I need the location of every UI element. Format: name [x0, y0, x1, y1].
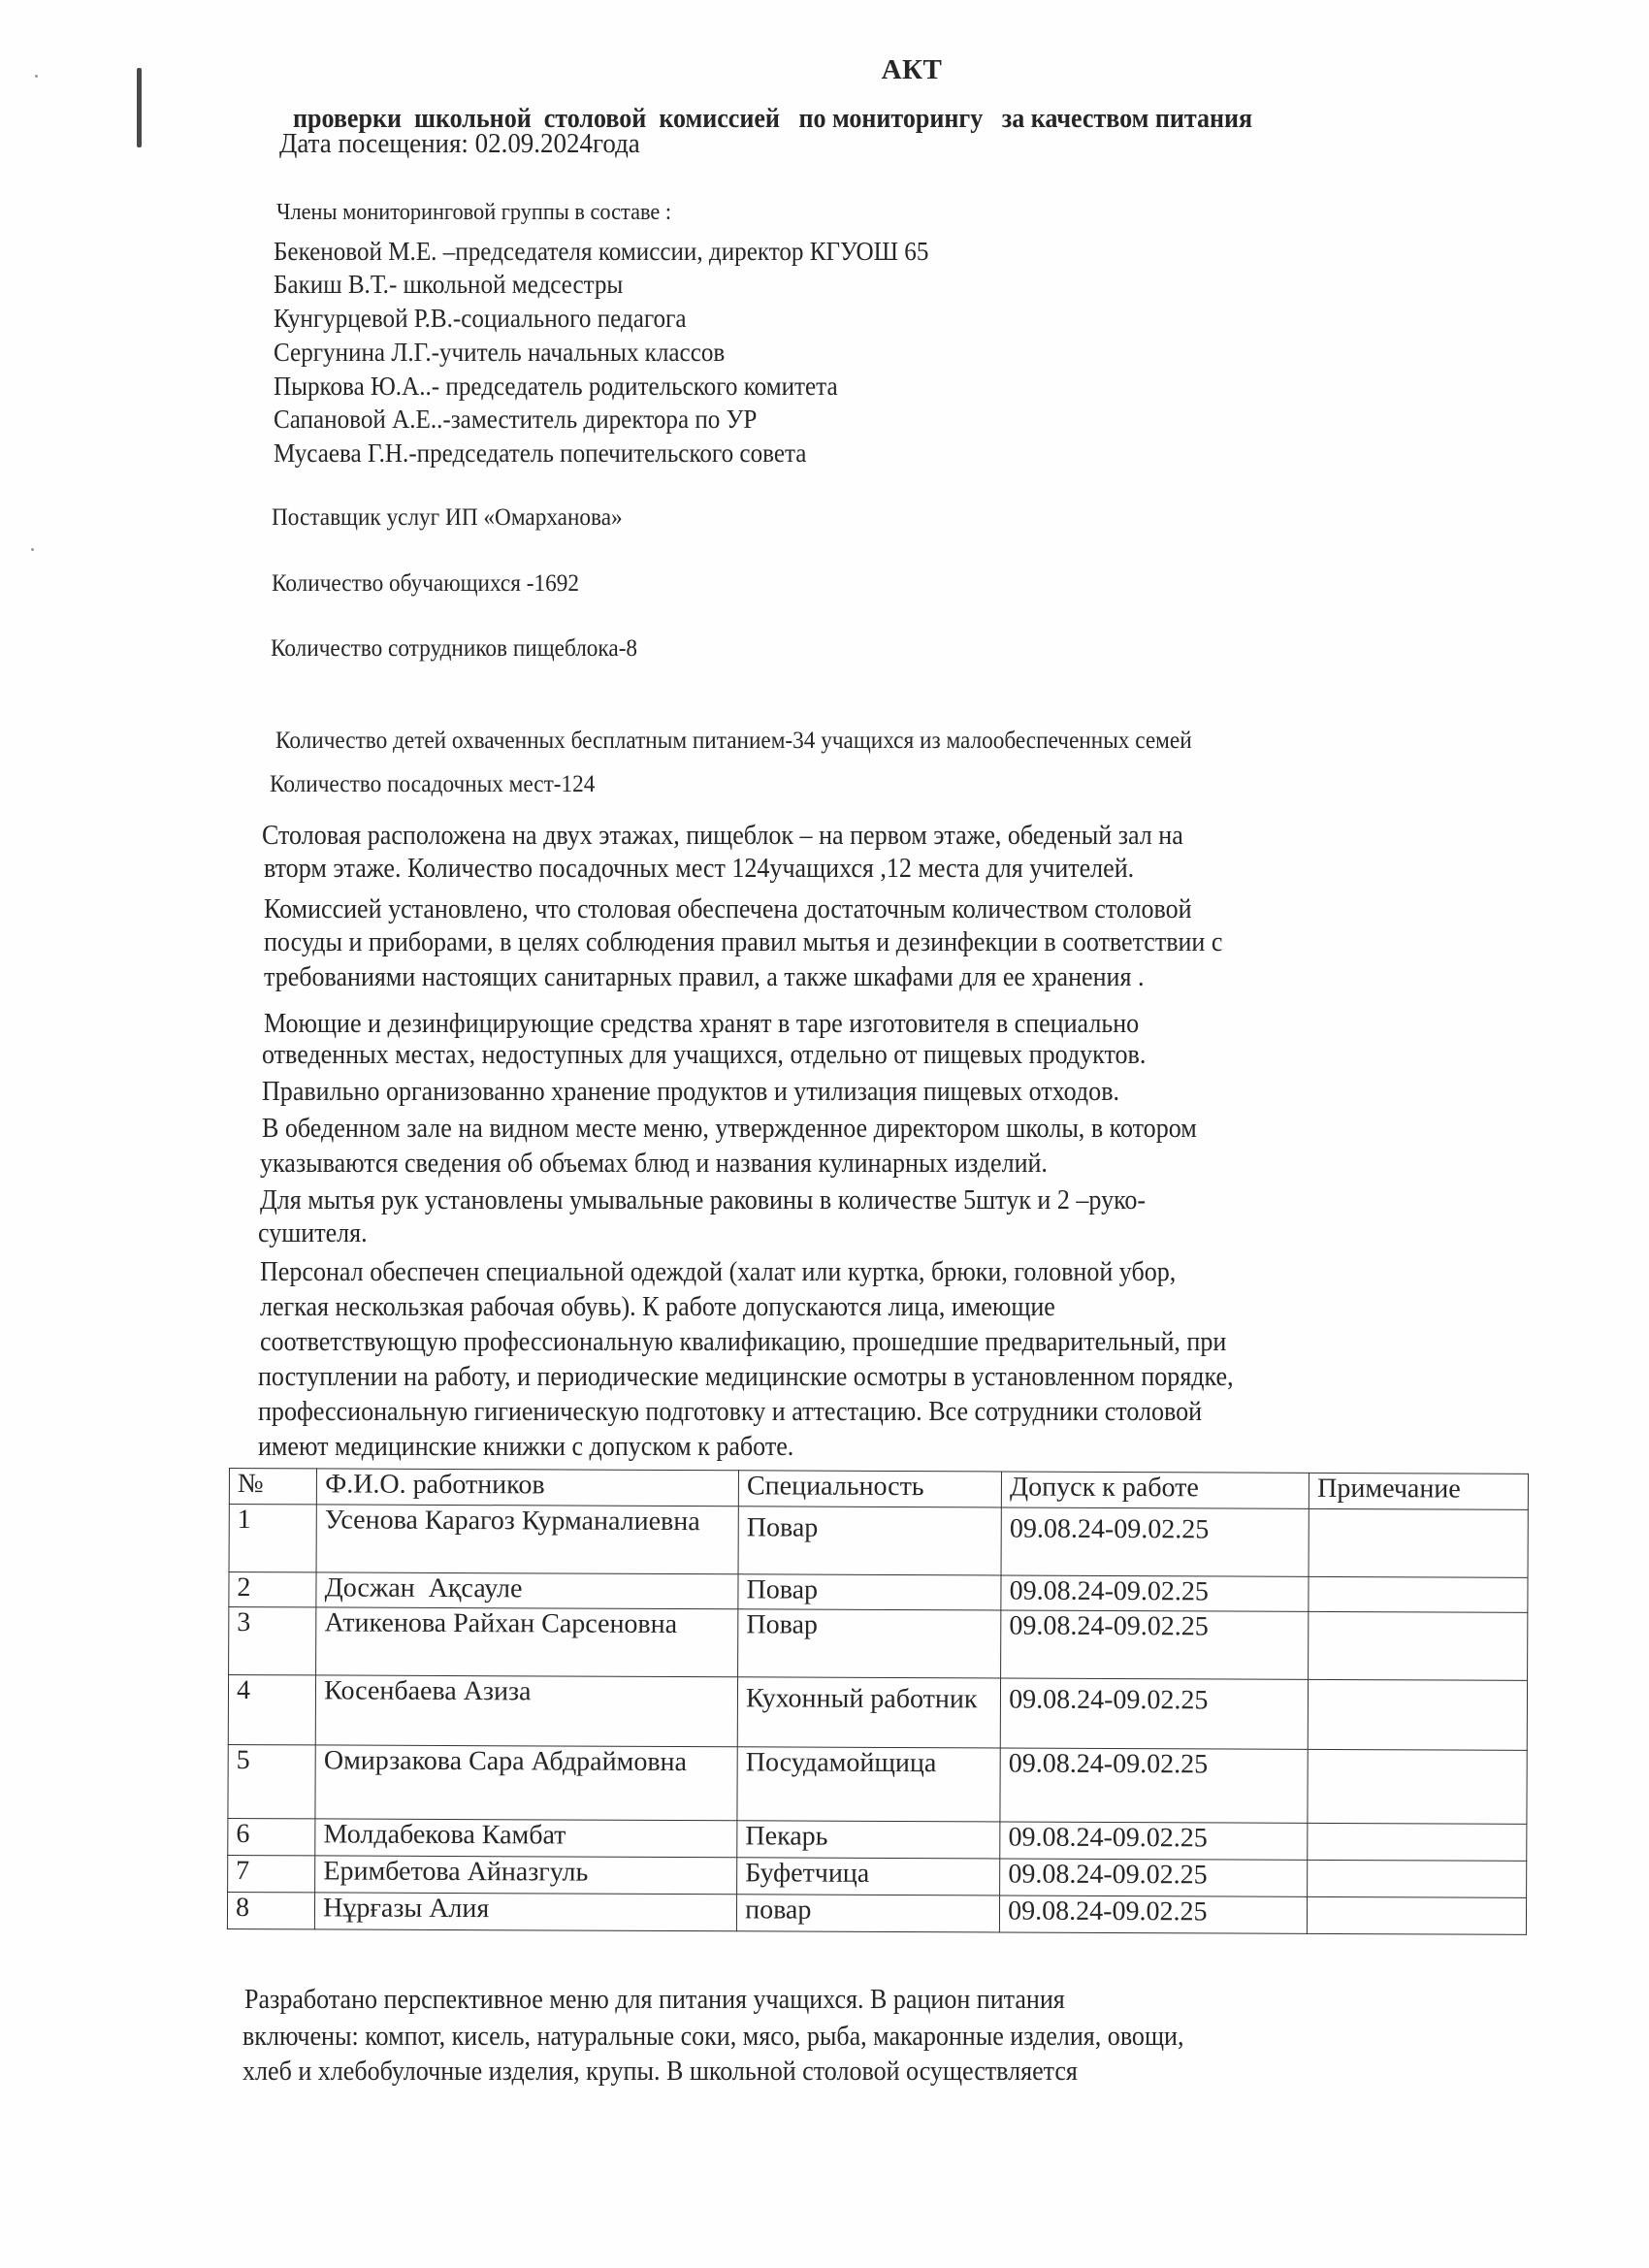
- cell-specialty: повар: [737, 1895, 1000, 1932]
- header-note: Примечание: [1309, 1473, 1529, 1509]
- member-item: Сергунина Л.Г.-учитель начальных классов: [274, 338, 725, 368]
- closing-line: Разработано перспективное меню для питан…: [244, 1985, 1065, 2016]
- free-meals: Количество детей охваченных бесплатным п…: [275, 728, 1192, 755]
- body-line: отведенных местах, недоступных для учащи…: [262, 1040, 1146, 1071]
- member-item: Пыркова Ю.А..- председатель родительског…: [274, 372, 838, 402]
- cell-name: Косенбаева Азиза: [315, 1675, 737, 1747]
- cell-name: Еримбетова Айназгуль: [315, 1856, 737, 1895]
- cell-note: [1308, 1860, 1527, 1897]
- cell-name: Омирзакова Сара Абдраймовна: [315, 1745, 737, 1821]
- closing-line: включены: компот, кисель, натуральные со…: [242, 2022, 1183, 2053]
- seats-count: Количество посадочных мест-124: [270, 771, 595, 798]
- body-line: имеют медицинские книжки с допуском к ра…: [258, 1432, 793, 1463]
- body-line: посуды и приборами, в целях соблюдения п…: [264, 927, 1222, 958]
- cell-note: [1309, 1611, 1528, 1680]
- scan-speck: [31, 548, 34, 551]
- body-line: Моющие и дезинфицирующие средства хранят…: [264, 1009, 1139, 1040]
- cell-number: 7: [228, 1855, 315, 1892]
- body-line: легкая нескользкая рабочая обувь). К раб…: [260, 1292, 1055, 1323]
- cell-admission: 09.08.24-09.02.25: [1001, 1610, 1309, 1679]
- body-line: требованиями настоящих санитарных правил…: [264, 962, 1144, 993]
- staff-count: Количество сотрудников пищеблока-8: [271, 635, 637, 663]
- member-item: Мусаева Г.Н.-председатель попечительског…: [274, 438, 806, 469]
- cell-number: 4: [228, 1675, 316, 1745]
- cell-specialty: Посудамойщица: [737, 1747, 1000, 1822]
- cell-admission: 09.08.24-09.02.25: [1000, 1895, 1308, 1933]
- cell-specialty: Пекарь: [737, 1821, 1000, 1859]
- body-line: указываются сведения об объемах блюд и н…: [260, 1149, 1048, 1180]
- body-line: Для мытья рук установлены умывальные рак…: [260, 1185, 1146, 1216]
- member-item: Бакиш В.Т.- школьной медсестры: [274, 270, 623, 300]
- body-line: Столовая расположена на двух этажах, пищ…: [262, 821, 1183, 852]
- table-row: 2 Досжан Ақсауле Повар 09.08.24-09.02.25: [229, 1572, 1528, 1613]
- header-number: №: [229, 1469, 316, 1505]
- cell-number: 5: [228, 1744, 316, 1818]
- cell-admission: 09.08.24-09.02.25: [1000, 1678, 1308, 1749]
- cell-note: [1308, 1896, 1527, 1934]
- body-line: поступлении на работу, и периодические м…: [258, 1362, 1234, 1393]
- cell-specialty: Повар: [738, 1574, 1001, 1610]
- body-line: В обеденном зале на видном месте меню, у…: [262, 1114, 1197, 1145]
- cell-note: [1309, 1508, 1528, 1577]
- member-item: Сапановой А.Е..-заместитель директора по…: [274, 405, 757, 435]
- scanned-page: АКТ проверки школьной столовой комиссией…: [0, 0, 1649, 2268]
- cell-admission: 09.08.24-09.02.25: [1000, 1748, 1308, 1823]
- body-line: сушителя.: [258, 1218, 368, 1249]
- cell-name: Атикенова Райхан Сарсеновна: [316, 1607, 738, 1677]
- cell-name: Нұрғазы Алия: [315, 1893, 737, 1931]
- document-title: АКТ: [0, 54, 1649, 86]
- header-admission: Допуск к работе: [1002, 1472, 1309, 1508]
- cell-specialty: Буфетчица: [737, 1858, 1000, 1895]
- cell-admission: 09.08.24-09.02.25: [1001, 1507, 1309, 1576]
- cell-specialty: Повар: [738, 1507, 1001, 1575]
- cell-admission: 09.08.24-09.02.25: [1000, 1859, 1308, 1896]
- table-row: 1 Усенова Карагоз Курманалиевна Повар 09…: [229, 1505, 1528, 1578]
- table-header-row: № Ф.И.О. работников Специальность Допуск…: [229, 1469, 1528, 1510]
- table-row: 8 Нұрғазы Алия повар 09.08.24-09.02.25: [227, 1892, 1526, 1934]
- body-line: соответствующую профессиональную квалифи…: [260, 1327, 1226, 1358]
- table-row: 7 Еримбетова Айназгуль Буфетчица 09.08.2…: [228, 1855, 1527, 1897]
- cell-name: Усенова Карагоз Курманалиевна: [316, 1505, 738, 1574]
- header-specialty: Специальность: [738, 1471, 1001, 1507]
- cell-name: Досжан Ақсауле: [316, 1572, 738, 1609]
- body-line: профессиональную гигиеническую подготовк…: [258, 1397, 1202, 1428]
- cell-number: 8: [227, 1892, 314, 1928]
- cell-admission: 09.08.24-09.02.25: [1000, 1822, 1308, 1860]
- cell-specialty: Повар: [738, 1609, 1001, 1678]
- cell-number: 3: [229, 1607, 317, 1675]
- cell-name: Молдабекова Камбат: [315, 1819, 737, 1858]
- body-line: вторм этаже. Количество посадочных мест …: [264, 854, 1134, 885]
- cell-note: [1308, 1749, 1527, 1824]
- table-row: 3 Атикенова Райхан Сарсеновна Повар 09.0…: [229, 1607, 1528, 1681]
- members-heading: Члены мониторинговой группы в составе :: [276, 200, 671, 226]
- visit-date: Дата посещения: 02.09.2024года: [279, 128, 640, 160]
- cell-number: 2: [229, 1572, 316, 1607]
- cell-specialty: Кухонный работник: [737, 1677, 1000, 1748]
- table-row: 4 Косенбаева Азиза Кухонный работник 09.…: [228, 1675, 1527, 1751]
- table-row: 5 Омирзакова Сара Абдраймовна Посудамойщ…: [228, 1744, 1527, 1824]
- body-line: Персонал обеспечен специальной одеждой (…: [260, 1257, 1176, 1288]
- cell-number: 6: [228, 1818, 315, 1855]
- closing-line: хлеб и хлебобулочные изделия, крупы. В ш…: [242, 2057, 1078, 2088]
- students-count: Количество обучающихся -1692: [272, 570, 579, 598]
- cell-admission: 09.08.24-09.02.25: [1001, 1575, 1309, 1611]
- cell-note: [1309, 1679, 1528, 1750]
- cell-note: [1308, 1823, 1527, 1861]
- cell-number: 1: [229, 1505, 317, 1572]
- cell-note: [1309, 1576, 1528, 1612]
- supplier: Поставщик услуг ИП «Омарханова»: [272, 504, 623, 532]
- body-line: Комиссией установлено, что столовая обес…: [264, 894, 1192, 925]
- member-item: Кунгурцевой Р.В.-социального педагога: [274, 304, 687, 334]
- staff-table: № Ф.И.О. работников Специальность Допуск…: [227, 1468, 1529, 1935]
- table-row: 6 Молдабекова Камбат Пекарь 09.08.24-09.…: [228, 1818, 1527, 1861]
- member-item: Бекеновой М.Е. –председателя комиссии, д…: [274, 237, 928, 267]
- body-line: Правильно организованно хранение продукт…: [262, 1077, 1119, 1108]
- header-name: Ф.И.О. работников: [317, 1469, 739, 1507]
